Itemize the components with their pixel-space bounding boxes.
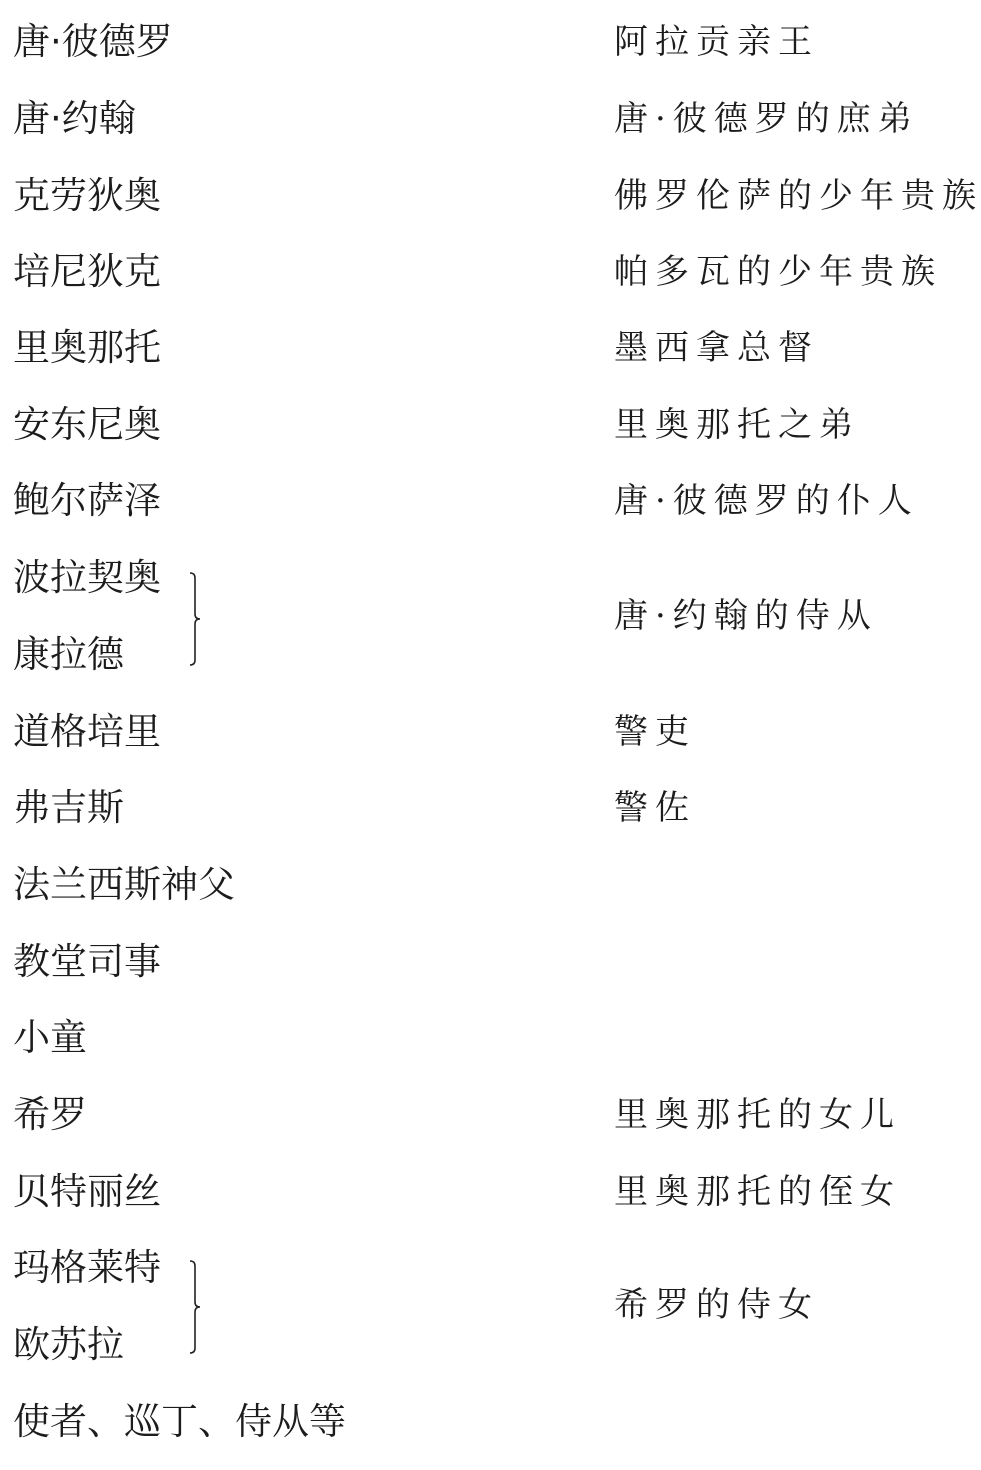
cast-row: 贝特丽丝 里奥那托的侄女 xyxy=(0,1162,981,1222)
character-name: 弗吉斯 xyxy=(13,778,124,838)
character-name: 希罗 xyxy=(13,1085,87,1145)
character-description: 墨西拿总督 xyxy=(614,318,819,378)
group-row: 希罗的侍女 xyxy=(0,1275,981,1335)
group-row: 唐·约翰的侍从 xyxy=(0,586,981,646)
character-description: 里奥那托的女儿 xyxy=(614,1085,901,1145)
cast-row: 唐·彼德罗 阿拉贡亲王 xyxy=(0,12,981,72)
cast-row: 道格培里 警吏 xyxy=(0,702,981,762)
character-name: 鲍尔萨泽 xyxy=(13,471,161,531)
character-name: 小童 xyxy=(13,1008,87,1068)
character-name: 法兰西斯神父 xyxy=(13,855,235,915)
group-description: 希罗的侍女 xyxy=(614,1275,819,1335)
cast-row: 安东尼奥 里奥那托之弟 xyxy=(0,395,981,455)
character-description: 里奥那托的侄女 xyxy=(614,1162,901,1222)
character-description: 里奥那托之弟 xyxy=(614,395,860,455)
cast-row: 培尼狄克 帕多瓦的少年贵族 xyxy=(0,242,981,302)
cast-row: 法兰西斯神父 xyxy=(0,855,981,915)
character-name: 使者、巡丁、侍从等 xyxy=(13,1392,346,1452)
character-description: 佛罗伦萨的少年贵族 xyxy=(614,166,981,226)
character-description: 唐·彼德罗的仆人 xyxy=(614,471,919,531)
character-name: 安东尼奥 xyxy=(13,395,161,455)
character-description: 警吏 xyxy=(614,702,696,762)
cast-row: 唐·约翰 唐·彼德罗的庶弟 xyxy=(0,89,981,149)
character-name: 教堂司事 xyxy=(13,932,161,992)
character-description: 阿拉贡亲王 xyxy=(614,12,819,72)
cast-row: 希罗 里奥那托的女儿 xyxy=(0,1085,981,1145)
character-name: 唐·约翰 xyxy=(13,89,136,149)
character-description: 唐·彼德罗的庶弟 xyxy=(614,89,919,149)
character-name: 道格培里 xyxy=(13,702,161,762)
character-description: 帕多瓦的少年贵族 xyxy=(614,242,942,302)
cast-row: 克劳狄奥 佛罗伦萨的少年贵族 xyxy=(0,166,981,226)
cast-row: 小童 xyxy=(0,1008,981,1068)
cast-row: 使者、巡丁、侍从等 xyxy=(0,1392,981,1452)
character-name: 唐·彼德罗 xyxy=(13,12,173,72)
cast-row: 教堂司事 xyxy=(0,932,981,992)
character-name: 贝特丽丝 xyxy=(13,1162,161,1222)
character-name: 克劳狄奥 xyxy=(13,166,161,226)
character-description: 警佐 xyxy=(614,778,696,838)
character-name: 培尼狄克 xyxy=(13,242,161,302)
group-description: 唐·约翰的侍从 xyxy=(614,586,878,646)
cast-row: 鲍尔萨泽 唐·彼德罗的仆人 xyxy=(0,471,981,531)
cast-row: 弗吉斯 警佐 xyxy=(0,778,981,838)
cast-row: 里奥那托 墨西拿总督 xyxy=(0,318,981,378)
character-name: 里奥那托 xyxy=(13,318,161,378)
